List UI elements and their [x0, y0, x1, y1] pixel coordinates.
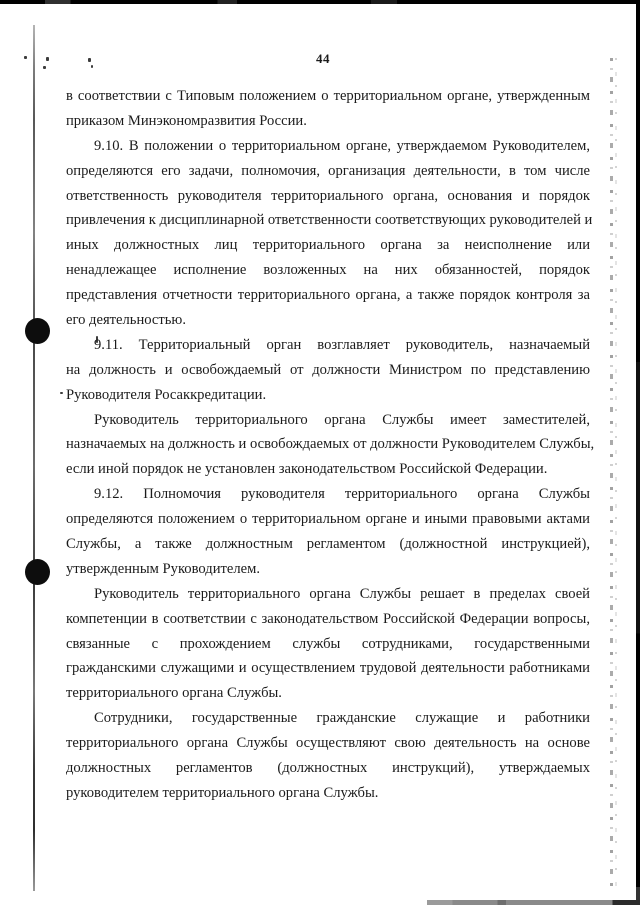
text-line: гражданскими служащими и осуществлением … [66, 656, 590, 681]
ghost-text-column [615, 58, 617, 890]
text-line: иных должностных лиц территориального ор… [66, 233, 590, 258]
text-line: Руководитель территориального органа Слу… [66, 582, 590, 607]
left-margin-line [33, 25, 35, 891]
text-line: в соответствии с Типовым положением о те… [66, 84, 590, 109]
punch-hole [25, 318, 50, 344]
text-line: определяются его задачи, полномочия, орг… [66, 159, 590, 184]
text-line: Руководителя Росаккредитации. [66, 383, 590, 408]
text-line: 9.12. Полномочия руководителя территориа… [66, 482, 590, 507]
paragraph: 9.10. В положении о территориальном орга… [66, 134, 590, 333]
page-number: 44 [0, 51, 640, 67]
text-line: назначаемых на должность и освобождаемых… [66, 432, 590, 457]
text-line: утвержденным Руководителем. [66, 557, 590, 582]
text-line: Руководитель территориального органа Слу… [66, 408, 590, 433]
text-line: руководителем территориального органа Сл… [66, 781, 590, 806]
paragraph: Руководитель территориального органа Слу… [66, 408, 590, 483]
text-line: территориального органа Службы осуществл… [66, 731, 590, 756]
scan-edge-right [636, 0, 640, 905]
text-line: приказом Минэкономразвития России. [66, 109, 590, 134]
text-line: должностных регламентов (должностных инс… [66, 756, 590, 781]
text-line: его деятельностью. [66, 308, 590, 333]
text-line: если иной порядок не установлен законода… [66, 457, 590, 482]
text-line: привлечения к дисциплинарной ответственн… [66, 208, 590, 233]
text-line: на должность и освобождаемый от должност… [66, 358, 590, 383]
ghost-text-column [610, 58, 613, 890]
paragraph: в соответствии с Типовым положением о те… [66, 84, 590, 134]
paragraph: Руководитель территориального органа Слу… [66, 582, 590, 706]
scan-edge-top [0, 0, 640, 4]
text-line: представления отчетности территориальног… [66, 283, 590, 308]
text-line: 9.11. Территориальный орган возглавляет … [66, 333, 590, 358]
paragraph: Сотрудники, государственные гражданские … [66, 706, 590, 806]
document-text: в соответствии с Типовым положением о те… [66, 84, 590, 806]
text-line: компетенции в соответствии с законодател… [66, 607, 590, 632]
text-line: определяются положением о территориально… [66, 507, 590, 532]
paragraph: 9.11. Территориальный орган возглавляет … [66, 333, 590, 408]
punch-hole [25, 559, 50, 585]
text-line: Службы, а также должностным регламентом … [66, 532, 590, 557]
scanned-document-page: 44 в соответствии с Типовым положением о… [0, 0, 640, 905]
scan-edge-bottom [427, 900, 640, 905]
paragraph: 9.12. Полномочия руководителя территориа… [66, 482, 590, 582]
scan-speckle [60, 392, 63, 394]
text-line: территориального органа Службы. [66, 681, 590, 706]
text-line: ответственность руководителя территориал… [66, 184, 590, 209]
text-line: ненадлежащее исполнение возложенных на н… [66, 258, 590, 283]
text-line: 9.10. В положении о территориальном орга… [66, 134, 590, 159]
text-line: Сотрудники, государственные гражданские … [66, 706, 590, 731]
text-line: связанные с прохождением службы сотрудни… [66, 632, 590, 657]
